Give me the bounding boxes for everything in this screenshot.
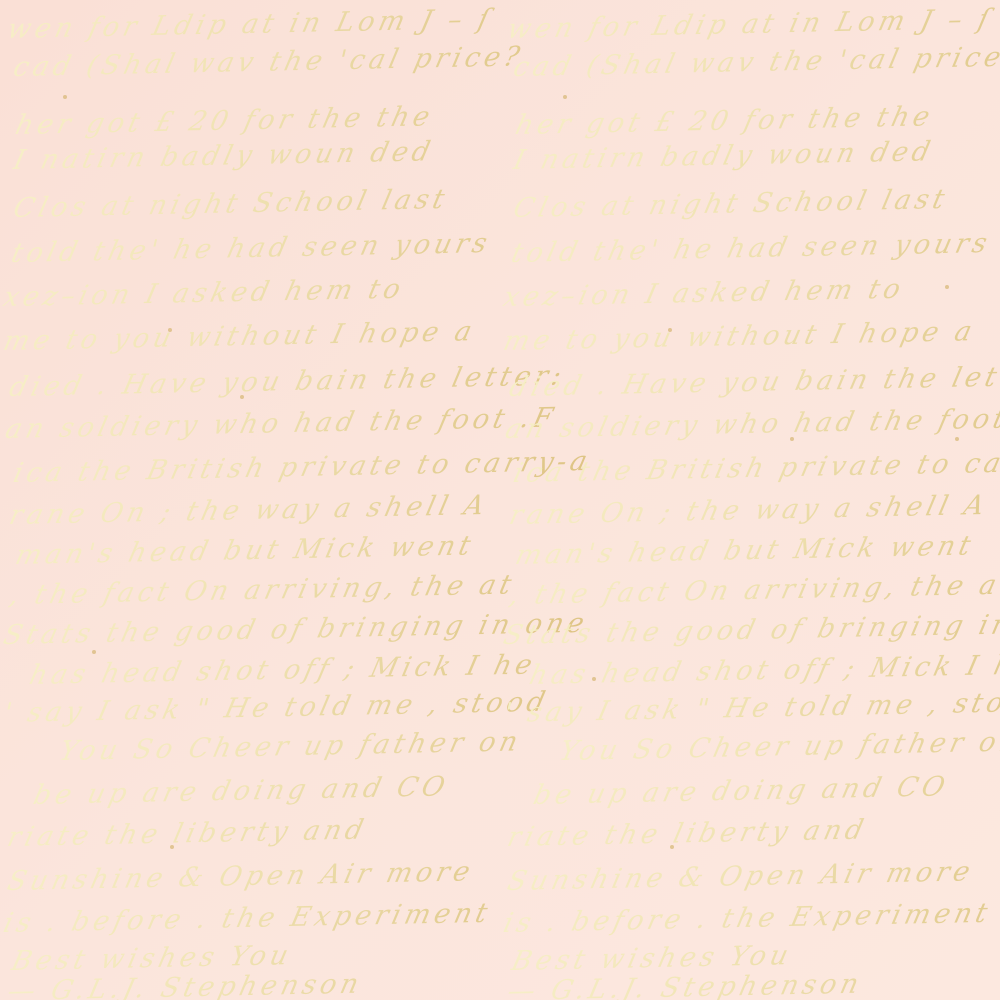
ink-speck	[240, 395, 244, 399]
handwriting-line: Sunshine & Open Air more	[504, 856, 976, 897]
handwriting-line: Clos at night School last	[510, 184, 951, 224]
ink-speck	[563, 95, 567, 99]
handwriting-line: me to you without I hope a	[500, 316, 978, 357]
handwriting-line: , the fact On arriving, the at	[506, 569, 1000, 611]
ink-speck	[170, 845, 174, 849]
ink-speck	[670, 845, 674, 849]
handwriting-line: be up are doing and CO	[530, 771, 951, 811]
handwriting-line: cad (Shal wav the 'cal price?	[510, 41, 1000, 83]
ink-speck	[168, 328, 172, 332]
handwriting-line: told the' he had seen yours	[508, 228, 994, 269]
ink-speck	[592, 677, 596, 681]
ink-speck	[63, 95, 67, 99]
handwriting-line: an soldiery who had the foot .F	[502, 402, 1000, 445]
handwriting-line: died . Have you bain the letter:	[506, 360, 1000, 403]
ink-speck	[790, 437, 794, 441]
handwriting-line: riate the liberty and	[504, 814, 870, 853]
handwriting-line: ' say I ask " He told me , stood	[500, 687, 1000, 730]
handwriting-line: Stats the good of bringing in one	[500, 608, 1000, 651]
ink-speck	[955, 437, 959, 441]
handwriting-line: I natirn badly woun ded	[510, 136, 937, 176]
handwriting-line: her got £ 20 for the the	[512, 101, 936, 141]
ink-speck	[945, 285, 949, 289]
ink-speck	[92, 650, 96, 654]
handwriting-line: ica the British private to carry-a	[510, 446, 1000, 489]
handwriting-line: xez–ion I asked hem to	[500, 274, 907, 314]
ink-speck	[668, 328, 672, 332]
handwriting-line: has head shot off ; Mick I he	[526, 649, 1000, 691]
handwriting-line: rane On ; the way a shell A	[506, 490, 991, 531]
handwriting-line: wen for Ldip at in Lom J – ſ	[504, 4, 995, 45]
handwriting-line: You So Cheer up father on	[556, 726, 1000, 767]
handwriting-line: man's head but Mick went	[512, 530, 977, 571]
handwriting-layer-right: wen for Ldip at in Lom J – ſcad (Shal wa…	[0, 0, 1000, 1000]
handwriting-line: is . before . the Experiment	[500, 898, 994, 939]
gold-script-paper-texture: wen for Ldip at in Lom J – ſcad (Shal wa…	[0, 0, 1000, 1000]
